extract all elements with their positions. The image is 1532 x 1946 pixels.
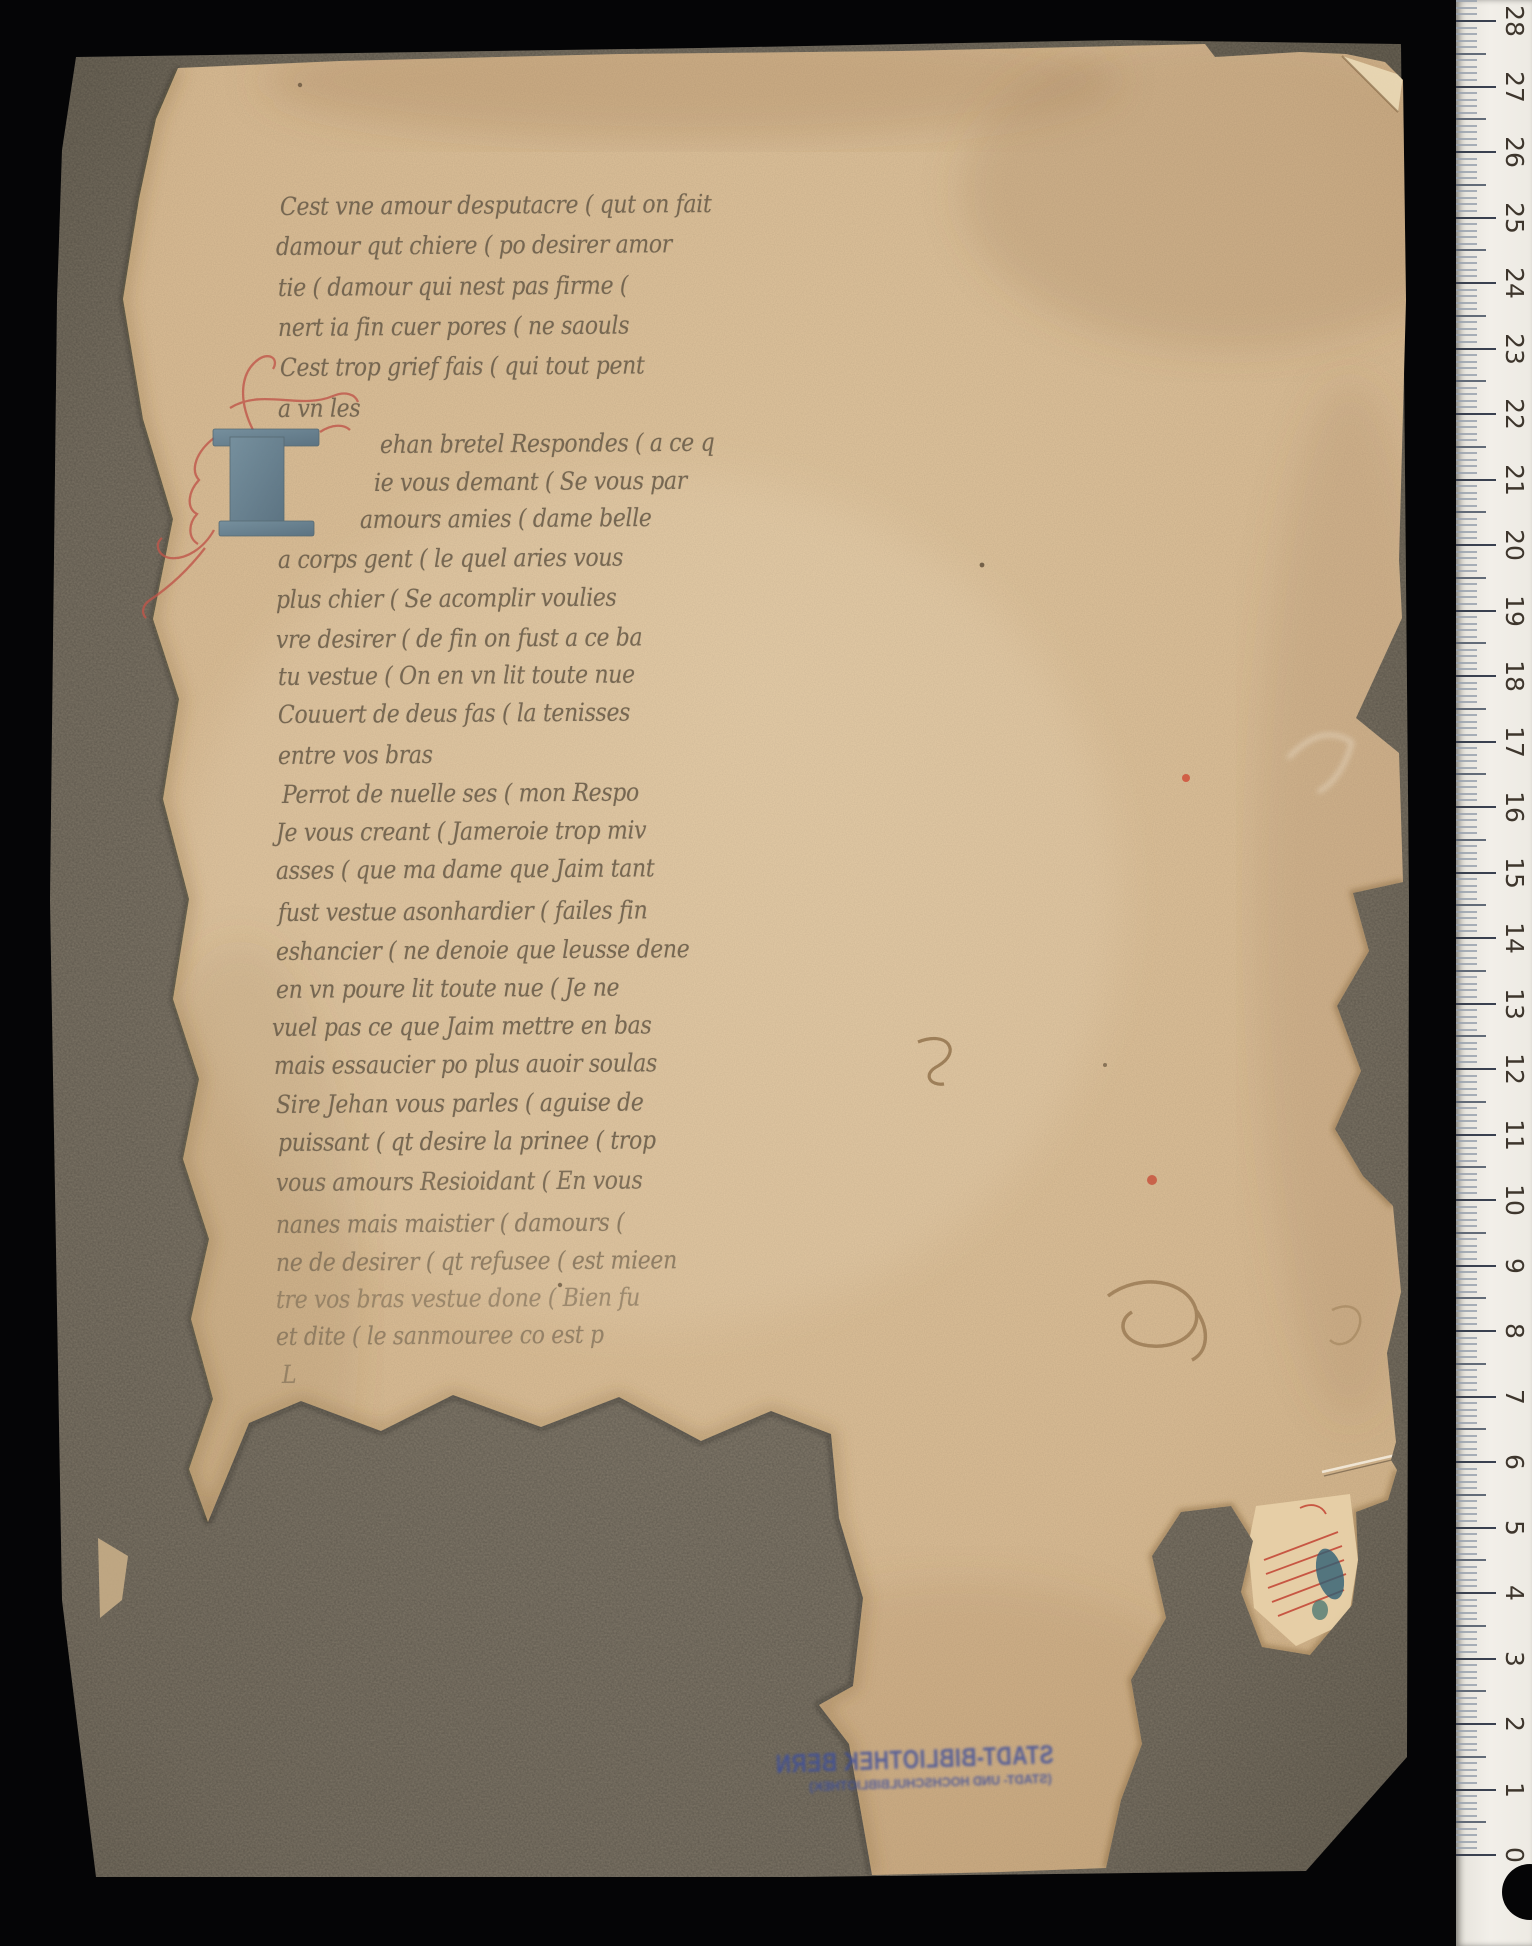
ruler-tick [1456, 1199, 1496, 1201]
ruler-tick [1456, 210, 1477, 212]
ruler-tick [1456, 406, 1477, 408]
ruler-tick [1456, 531, 1477, 533]
ruler-number: 23 [1501, 334, 1529, 364]
ruler-tick [1456, 832, 1477, 834]
ruler-tick [1456, 1540, 1477, 1542]
ruler-tick [1456, 1703, 1477, 1705]
ruler-tick [1456, 1350, 1477, 1352]
ruler-tick [1456, 1481, 1477, 1483]
ruler-tick [1456, 1009, 1477, 1011]
ruler-tick [1456, 1402, 1477, 1404]
ruler-tick [1456, 112, 1477, 114]
ruler-tick [1456, 1088, 1477, 1090]
ruler-tick [1456, 1474, 1477, 1476]
ruler-tick [1456, 1553, 1477, 1555]
ruler-tick [1456, 1566, 1477, 1568]
ruler-tick [1456, 996, 1477, 998]
ruler-tick [1456, 1507, 1477, 1509]
ruler-tick [1456, 1369, 1477, 1371]
ruler-tick [1456, 760, 1477, 762]
ruler-tick [1456, 13, 1477, 15]
ruler-tick [1456, 1625, 1486, 1627]
ruler-tick [1456, 1441, 1477, 1443]
ruler-tick [1456, 1356, 1477, 1358]
ruler-tick [1456, 957, 1477, 959]
ruler-tick [1456, 1271, 1477, 1273]
ruler-tick [1456, 1140, 1477, 1142]
ruler-tick [1456, 105, 1477, 107]
ruler-tick [1456, 1396, 1496, 1398]
ruler-number: 22 [1501, 399, 1529, 429]
ruler-tick [1456, 1179, 1477, 1181]
ruler-tick [1456, 53, 1486, 55]
ruler-tick [1456, 1265, 1496, 1267]
ruler-tick [1456, 1448, 1477, 1450]
ruler-tick [1456, 1756, 1486, 1758]
ruler-tick [1456, 138, 1477, 140]
ruler-tick [1456, 99, 1477, 101]
ruler-tick [1456, 806, 1496, 808]
ruler-tick [1456, 1304, 1477, 1306]
ruler-tick [1456, 1120, 1477, 1122]
ruler-number: 5 [1501, 1513, 1529, 1543]
ruler-tick [1456, 1631, 1477, 1633]
ruler-tick [1456, 59, 1477, 61]
ruler-number: 7 [1501, 1382, 1529, 1412]
ruler-number: 18 [1501, 661, 1529, 691]
ruler-tick [1456, 1520, 1477, 1522]
ruler-tick [1456, 1638, 1477, 1640]
ruler-tick [1456, 1114, 1477, 1116]
ruler-tick [1456, 27, 1477, 29]
ruler-tick [1456, 511, 1486, 513]
ruler-tick [1456, 131, 1477, 133]
ruler-tick [1456, 872, 1496, 874]
ruler-number: 20 [1501, 530, 1529, 560]
ruler-tick [1456, 1297, 1486, 1299]
ruler-tick [1456, 1612, 1477, 1614]
ruler-tick [1456, 243, 1477, 245]
ruler-tick [1456, 452, 1477, 454]
ruler-tick [1456, 885, 1477, 887]
ruler-number: 2 [1501, 1709, 1529, 1739]
ruler-tick [1456, 1677, 1477, 1679]
ruler-tick [1456, 0, 1477, 2]
ruler-tick [1456, 819, 1477, 821]
ruler-tick [1456, 682, 1477, 684]
ruler-tick [1456, 289, 1477, 291]
ruler-tick [1456, 1579, 1477, 1581]
ruler-tick [1456, 1337, 1477, 1339]
ruler-tick [1456, 537, 1477, 539]
ruler-tick [1456, 1035, 1486, 1037]
ruler-tick [1456, 1238, 1477, 1240]
ruler-tick [1456, 1802, 1477, 1804]
ruler-tick [1456, 596, 1477, 598]
manuscript-photo-stage: Cest vne amour desputacre ( qut on faitd… [0, 0, 1532, 1946]
ruler-tick [1456, 197, 1477, 199]
ruler-tick [1456, 1841, 1477, 1843]
ruler-tick [1456, 695, 1477, 697]
ruler-tick [1456, 217, 1496, 219]
ruler-tick [1456, 1644, 1477, 1646]
ruler-tick [1456, 282, 1496, 284]
ruler-tick [1456, 321, 1477, 323]
ruler-tick [1456, 727, 1477, 729]
ruler-tick [1456, 361, 1477, 363]
ruler-tick [1456, 865, 1477, 867]
ruler-tick [1456, 786, 1477, 788]
ruler-tick [1456, 1382, 1477, 1384]
ruler-tick [1456, 1055, 1477, 1057]
ruler-tick [1456, 1658, 1496, 1660]
ruler-tick [1456, 1061, 1477, 1063]
ruler-tick [1456, 1376, 1477, 1378]
ruler-tick [1456, 269, 1477, 271]
ruler-tick [1456, 492, 1477, 494]
ruler-tick [1456, 688, 1477, 690]
measuring-ruler: 0123456789101112131415161718192021222324… [1456, 0, 1532, 1946]
ruler-tick [1456, 911, 1477, 913]
ruler-tick [1456, 675, 1496, 677]
ruler-tick [1456, 1075, 1477, 1077]
ruler-tick [1456, 249, 1486, 251]
ruler-tick [1456, 662, 1477, 664]
ruler-tick [1456, 177, 1477, 179]
ruler-tick [1456, 66, 1477, 68]
library-stamp: STADT-BIBLIOTHEK BERN (STADT- UND HOCHSC… [805, 1744, 1054, 1795]
ruler-tick [1456, 1795, 1477, 1797]
ruler-tick [1456, 1186, 1477, 1188]
ruler-number: 19 [1501, 596, 1529, 626]
ruler-tick [1456, 426, 1477, 428]
ruler-tick [1456, 341, 1477, 343]
ruler-tick [1456, 747, 1477, 749]
ruler-tick [1456, 348, 1496, 350]
ruler-tick [1456, 839, 1486, 841]
ruler-tick [1456, 1317, 1477, 1319]
ruler-tick [1456, 636, 1477, 638]
ruler-tick [1456, 1664, 1477, 1666]
ruler-tick [1456, 963, 1477, 965]
ruler-tick [1456, 1068, 1496, 1070]
ruler-tick [1456, 1330, 1496, 1332]
ruler-tick [1456, 1173, 1477, 1175]
ruler-number: 4 [1501, 1578, 1529, 1608]
ruler-tick [1456, 1094, 1477, 1096]
ruler-tick [1456, 328, 1477, 330]
ruler-tick [1456, 714, 1477, 716]
ruler-tick [1456, 275, 1477, 277]
ruler-number: 24 [1501, 268, 1529, 298]
ruler-tick [1456, 1251, 1477, 1253]
ruler-tick [1456, 891, 1477, 893]
ruler-tick [1456, 393, 1477, 395]
ruler-tick [1456, 7, 1477, 9]
ruler-tick [1456, 498, 1477, 500]
ruler-tick [1456, 203, 1477, 205]
ruler-tick [1456, 1828, 1477, 1830]
ruler-tick [1456, 1245, 1477, 1247]
ruler-tick [1456, 826, 1477, 828]
ruler-tick [1456, 917, 1477, 919]
ruler-tick [1456, 773, 1486, 775]
ruler-tick [1456, 898, 1477, 900]
ruler-tick [1456, 1769, 1477, 1771]
ruler-tick [1456, 1468, 1477, 1470]
ruler-tick [1456, 944, 1477, 946]
ruler-tick [1456, 1690, 1486, 1692]
ruler-tick [1456, 1232, 1486, 1234]
ruler-tick [1456, 420, 1477, 422]
ruler-tick [1456, 780, 1477, 782]
ruler-tick [1456, 1134, 1496, 1136]
ruler-number: 11 [1501, 1120, 1529, 1150]
ruler-tick [1456, 1684, 1477, 1686]
ruler-tick [1456, 1743, 1477, 1745]
ruler-tick [1456, 1854, 1496, 1856]
ruler-tick [1456, 590, 1477, 592]
ruler-tick [1456, 655, 1477, 657]
ruler-tick [1456, 158, 1477, 160]
ruler-tick [1456, 767, 1477, 769]
ruler-tick [1456, 1192, 1477, 1194]
ruler-tick [1456, 924, 1477, 926]
ruler-tick [1456, 1592, 1496, 1594]
ruler-tick [1456, 256, 1477, 258]
ruler-number: 15 [1501, 858, 1529, 888]
ruler-tick [1456, 1782, 1477, 1784]
ruler-tick [1456, 1815, 1477, 1817]
ruler-tick [1456, 1428, 1486, 1430]
ruler-tick [1456, 1206, 1477, 1208]
ruler-tick [1456, 1147, 1477, 1149]
ruler-tick [1456, 1258, 1477, 1260]
ruler-tick [1456, 1127, 1477, 1129]
ruler-number: 14 [1501, 923, 1529, 953]
ruler-tick [1456, 439, 1477, 441]
ruler-tick [1456, 1697, 1477, 1699]
ruler-tick [1456, 33, 1477, 35]
ruler-tick [1456, 1291, 1477, 1293]
ruler-tick [1456, 937, 1496, 939]
ruler-tick [1456, 380, 1486, 382]
ruler-tick [1456, 701, 1477, 703]
ruler-tick [1456, 118, 1486, 120]
ruler-tick [1456, 472, 1477, 474]
ruler-tick [1456, 1605, 1477, 1607]
ruler-tick [1456, 1749, 1477, 1751]
ruler-hole [1502, 1864, 1532, 1920]
ruler-tick [1456, 1422, 1477, 1424]
ruler-tick [1456, 1081, 1477, 1083]
ruler-tick [1456, 79, 1477, 81]
ruler-tick [1456, 1585, 1477, 1587]
ruler-tick [1456, 577, 1486, 579]
ruler-tick [1456, 262, 1477, 264]
ruler-number: 9 [1501, 1251, 1529, 1281]
ruler-tick [1456, 570, 1477, 572]
ruler-tick [1456, 40, 1477, 42]
ruler-tick [1456, 374, 1477, 376]
ruler-tick [1456, 1029, 1477, 1031]
ruler-tick [1456, 1153, 1477, 1155]
ruler-tick [1456, 433, 1477, 435]
ruler-tick [1456, 629, 1477, 631]
ruler-tick [1456, 1730, 1477, 1732]
ruler-tick [1456, 446, 1486, 448]
ruler-tick [1456, 970, 1486, 972]
ruler-tick [1456, 1435, 1477, 1437]
ruler-tick [1456, 1016, 1477, 1018]
ruler-tick [1456, 518, 1477, 520]
ruler-tick [1456, 315, 1486, 317]
ruler-tick [1456, 1599, 1477, 1601]
ruler-tick [1456, 223, 1477, 225]
ruler-tick [1456, 164, 1477, 166]
ruler-tick [1456, 642, 1486, 644]
ruler-tick [1456, 950, 1477, 952]
ruler-tick [1456, 1546, 1477, 1548]
ruler-tick [1456, 1310, 1477, 1312]
ruler-tick [1456, 387, 1477, 389]
ruler-tick [1456, 852, 1477, 854]
ruler-tick [1456, 308, 1477, 310]
ruler-number: 12 [1501, 1054, 1529, 1084]
ruler-tick [1456, 603, 1477, 605]
ruler-tick [1456, 721, 1477, 723]
ruler-tick [1456, 1834, 1477, 1836]
ruler-tick [1456, 367, 1477, 369]
ruler-tick [1456, 1212, 1477, 1214]
ruler-tick [1456, 1821, 1486, 1823]
ruler-tick [1456, 1022, 1477, 1024]
ruler-tick [1456, 1454, 1477, 1456]
ruler-tick [1456, 976, 1477, 978]
ruler-tick [1456, 623, 1477, 625]
ruler-number: 10 [1501, 1185, 1529, 1215]
ruler-tick [1456, 544, 1496, 546]
ruler-tick [1456, 983, 1477, 985]
ruler-tick [1456, 989, 1477, 991]
ruler-tick [1456, 708, 1486, 710]
ruler-tick [1456, 400, 1477, 402]
ruler-tick [1456, 649, 1477, 651]
ruler-tick [1456, 813, 1477, 815]
ruler-number: 6 [1501, 1447, 1529, 1477]
ruler-tick [1456, 610, 1496, 612]
ruler-number: 1 [1501, 1775, 1529, 1805]
ruler-tick [1456, 1323, 1477, 1325]
ruler-tick [1456, 858, 1477, 860]
ruler-tick [1456, 734, 1477, 736]
ruler-tick [1456, 1808, 1477, 1810]
ruler-tick [1456, 1284, 1477, 1286]
ruler-tick [1456, 1513, 1477, 1515]
ruler-tick [1456, 1789, 1496, 1791]
ruler-tick [1456, 1409, 1477, 1411]
ruler-tick [1456, 1618, 1477, 1620]
ruler-tick [1456, 92, 1477, 94]
ruler-number: 13 [1501, 989, 1529, 1019]
ruler-number: 27 [1501, 72, 1529, 102]
ruler-tick [1456, 20, 1496, 22]
photo-artwork [0, 0, 1532, 1946]
ruler-tick [1456, 230, 1477, 232]
ruler-tick [1456, 1042, 1477, 1044]
ruler-tick [1456, 236, 1477, 238]
ruler-number: 17 [1501, 727, 1529, 757]
ruler-tick [1456, 151, 1496, 153]
ruler-tick [1456, 1716, 1477, 1718]
ruler-tick [1456, 878, 1477, 880]
red-speck [1147, 1175, 1157, 1185]
ruler-tick [1456, 1710, 1477, 1712]
ruler-tick [1456, 1219, 1477, 1221]
ruler-tick [1456, 1343, 1477, 1345]
ruler-tick [1456, 1048, 1477, 1050]
ruler-tick [1456, 524, 1477, 526]
ruler-tick [1456, 616, 1477, 618]
ruler-tick [1456, 1494, 1486, 1496]
ruler-tick [1456, 1389, 1477, 1391]
ruler-tick [1456, 1572, 1477, 1574]
ruler-tick [1456, 1225, 1477, 1227]
ruler-tick [1456, 413, 1496, 415]
ruler-tick [1456, 190, 1477, 192]
ruler-tick [1456, 1775, 1477, 1777]
ruler-tick [1456, 46, 1477, 48]
ruler-number: 16 [1501, 792, 1529, 822]
ruler-tick [1456, 171, 1477, 173]
ruler-tick [1456, 564, 1477, 566]
ruler-tick [1456, 302, 1477, 304]
ruler-tick [1456, 1415, 1477, 1417]
ruler-tick [1456, 930, 1477, 932]
ruler-tick [1456, 1101, 1486, 1103]
ruler-tick [1456, 479, 1496, 481]
ruler-number: 3 [1501, 1644, 1529, 1674]
ruler-tick [1456, 1723, 1496, 1725]
ruler-tick [1456, 1487, 1477, 1489]
ruler-tick [1456, 459, 1477, 461]
ruler-tick [1456, 668, 1477, 670]
ruler-tick [1456, 1003, 1496, 1005]
ruler-tick [1456, 354, 1477, 356]
ruler-tick [1456, 557, 1477, 559]
ruler-tick [1456, 1500, 1477, 1502]
ruler-tick [1456, 72, 1477, 74]
ruler-tick [1456, 1363, 1486, 1365]
ruler-tick [1456, 485, 1477, 487]
ruler-tick [1456, 741, 1496, 743]
ruler-tick [1456, 1166, 1486, 1168]
ruler-tick [1456, 144, 1477, 146]
red-speck [1182, 774, 1190, 782]
ruler-tick [1456, 1461, 1496, 1463]
ruler-tick [1456, 754, 1477, 756]
ruler-tick [1456, 86, 1496, 88]
ruler-number: 25 [1501, 203, 1529, 233]
ruler-number: 8 [1501, 1316, 1529, 1346]
ruler-tick [1456, 184, 1486, 186]
ruler-tick [1456, 799, 1477, 801]
ruler-tick [1456, 1160, 1477, 1162]
ruler-tick [1456, 125, 1477, 127]
ruler-tick [1456, 1671, 1477, 1673]
ruler-tick [1456, 1278, 1477, 1280]
ruler-tick [1456, 551, 1477, 553]
